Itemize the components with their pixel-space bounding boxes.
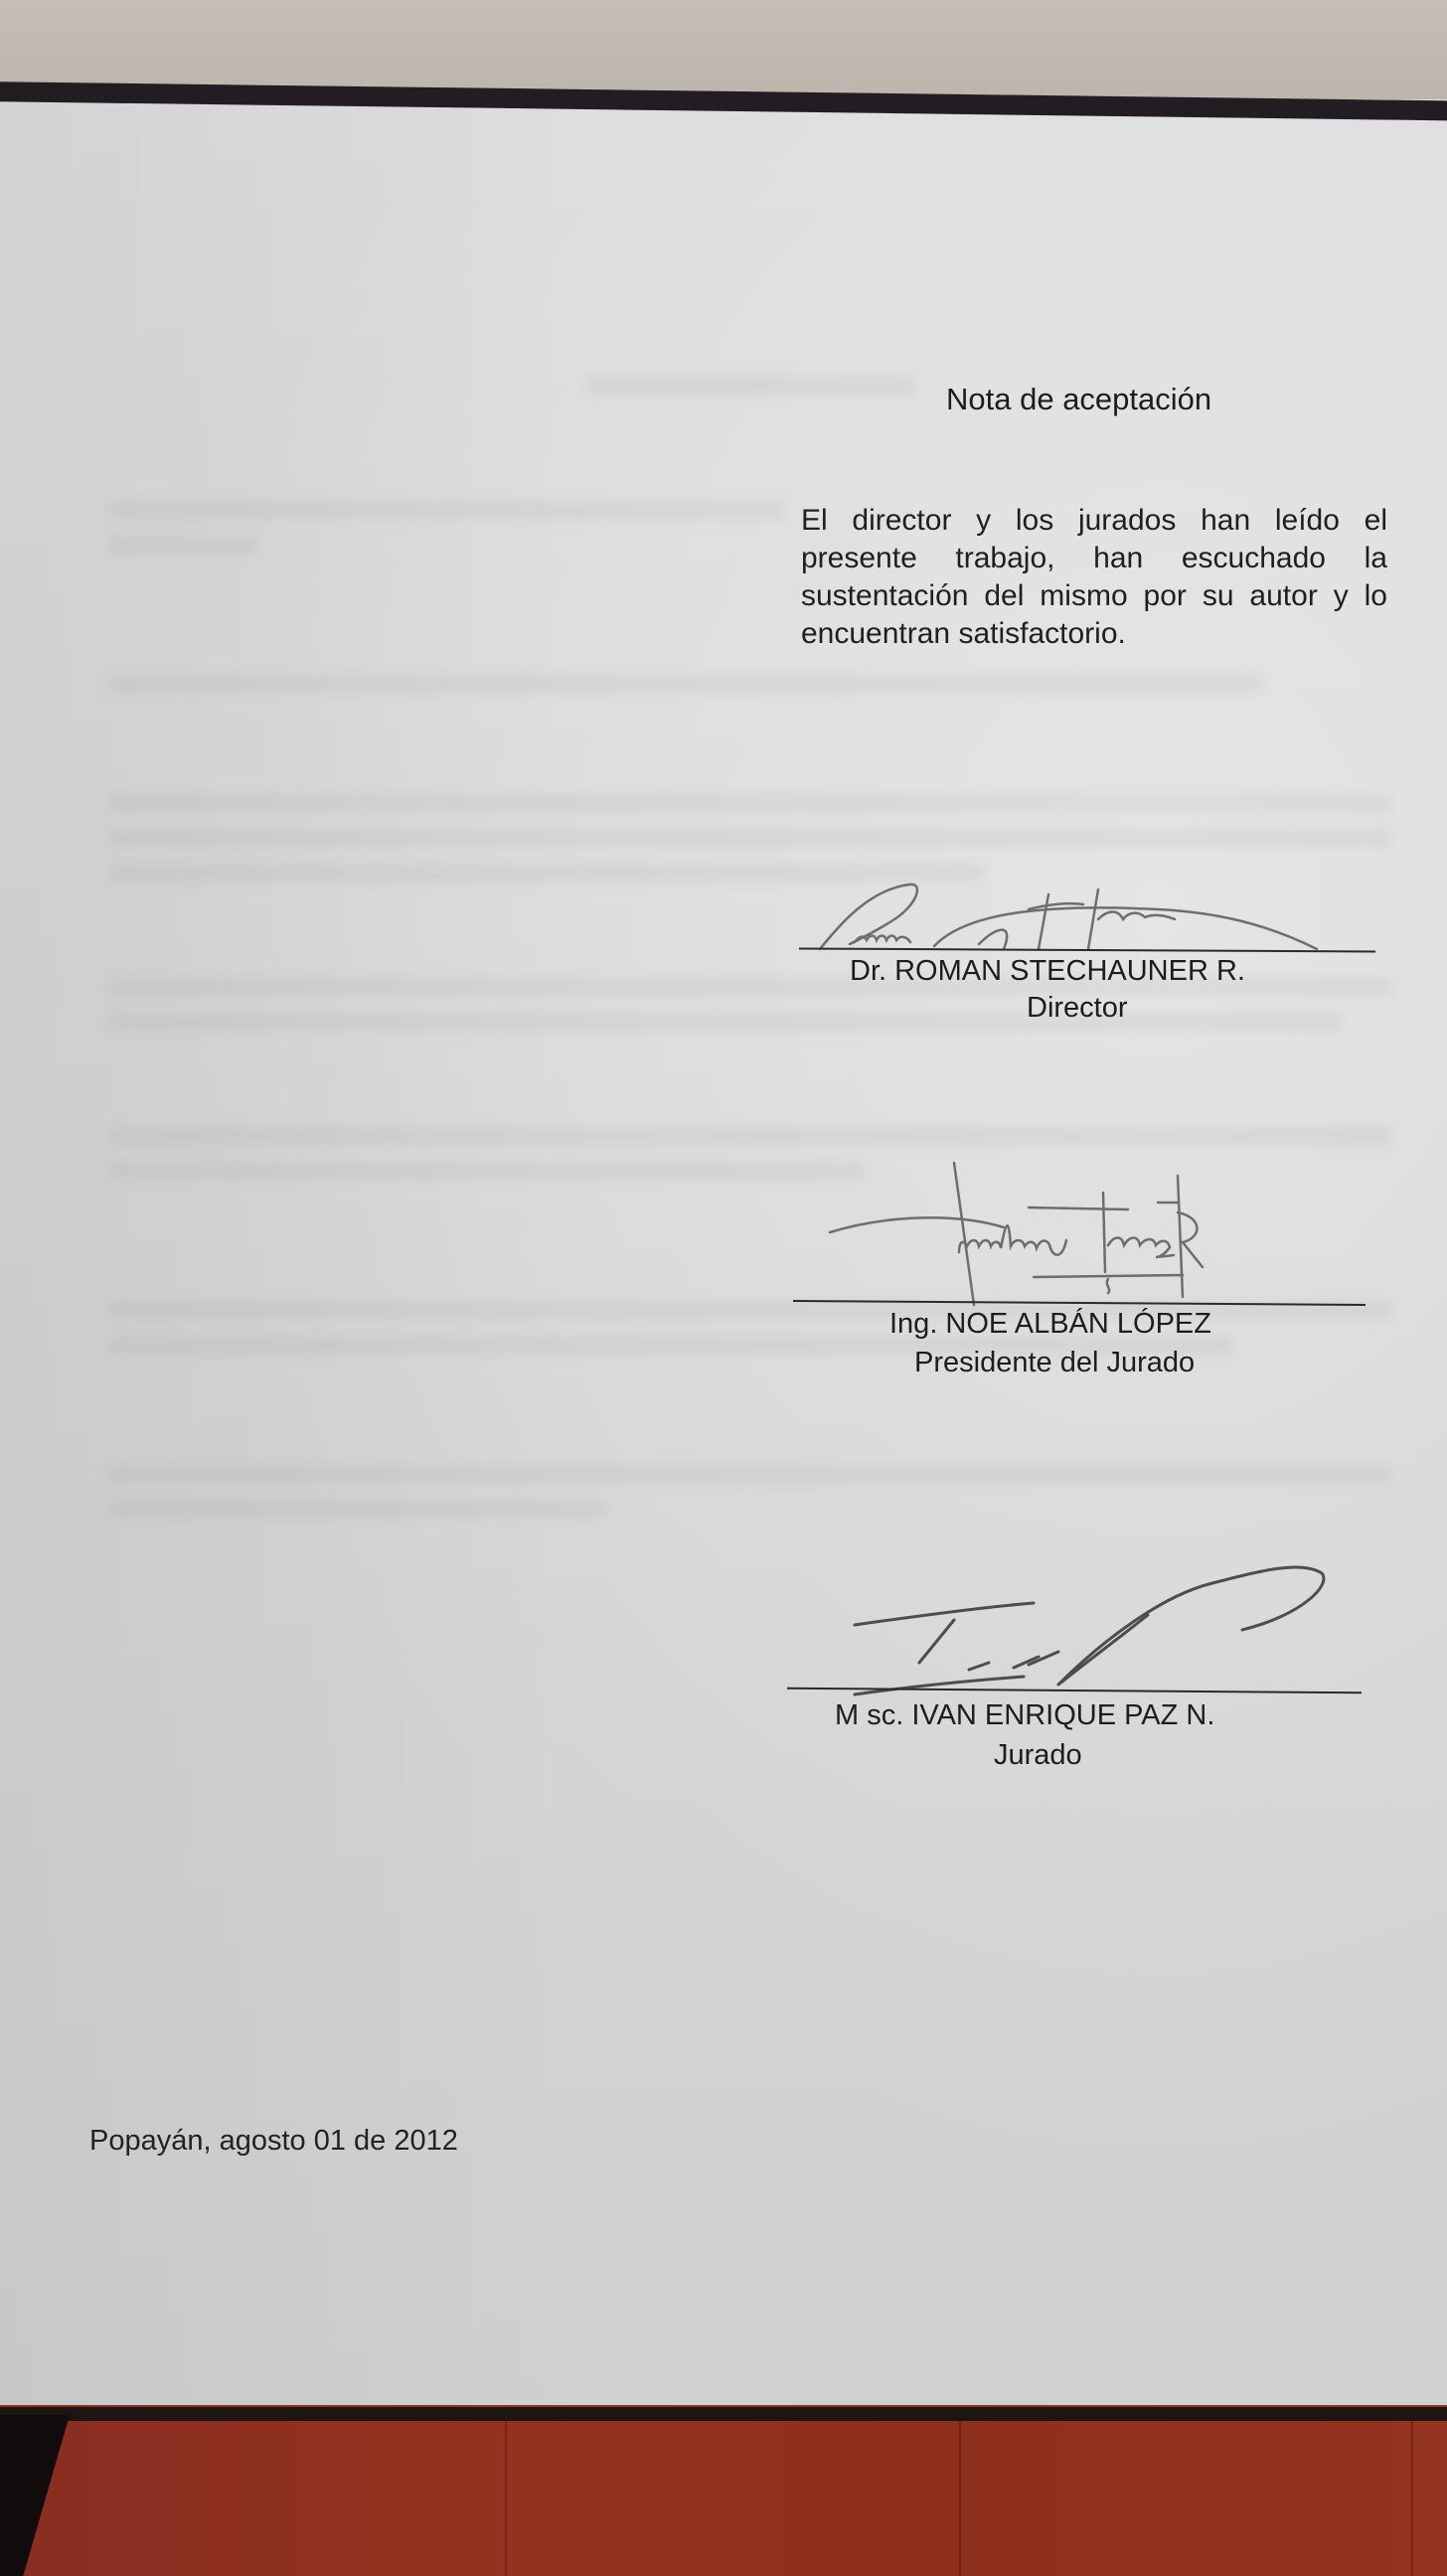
signatory-name: Dr. ROMAN STECHAUNER R. — [850, 957, 1245, 986]
table-seam — [1411, 2415, 1413, 2576]
signatory-name: Ing. NOE ALBÁN LÓPEZ — [889, 1310, 1211, 1339]
acceptance-paragraph: El director y los jurados han leído el p… — [801, 502, 1387, 653]
signatory-role: Jurado — [994, 1741, 1082, 1770]
signatory-role: Director — [1027, 994, 1128, 1023]
place-date: Popayán, agosto 01 de 2012 — [89, 2127, 458, 2156]
table-seam — [959, 2415, 961, 2576]
table-seam — [505, 2415, 507, 2576]
handwritten-signature-icon — [805, 1158, 1362, 1307]
signatory-role: Presidente del Jurado — [914, 1349, 1195, 1377]
signatory-name: M sc. IVAN ENRIQUE PAZ N. — [835, 1701, 1214, 1730]
background-table — [0, 2405, 1447, 2576]
page-bottom-edge — [0, 2407, 1447, 2421]
document-title: Nota de aceptación — [946, 384, 1211, 414]
handwritten-signature-icon — [785, 1545, 1381, 1704]
